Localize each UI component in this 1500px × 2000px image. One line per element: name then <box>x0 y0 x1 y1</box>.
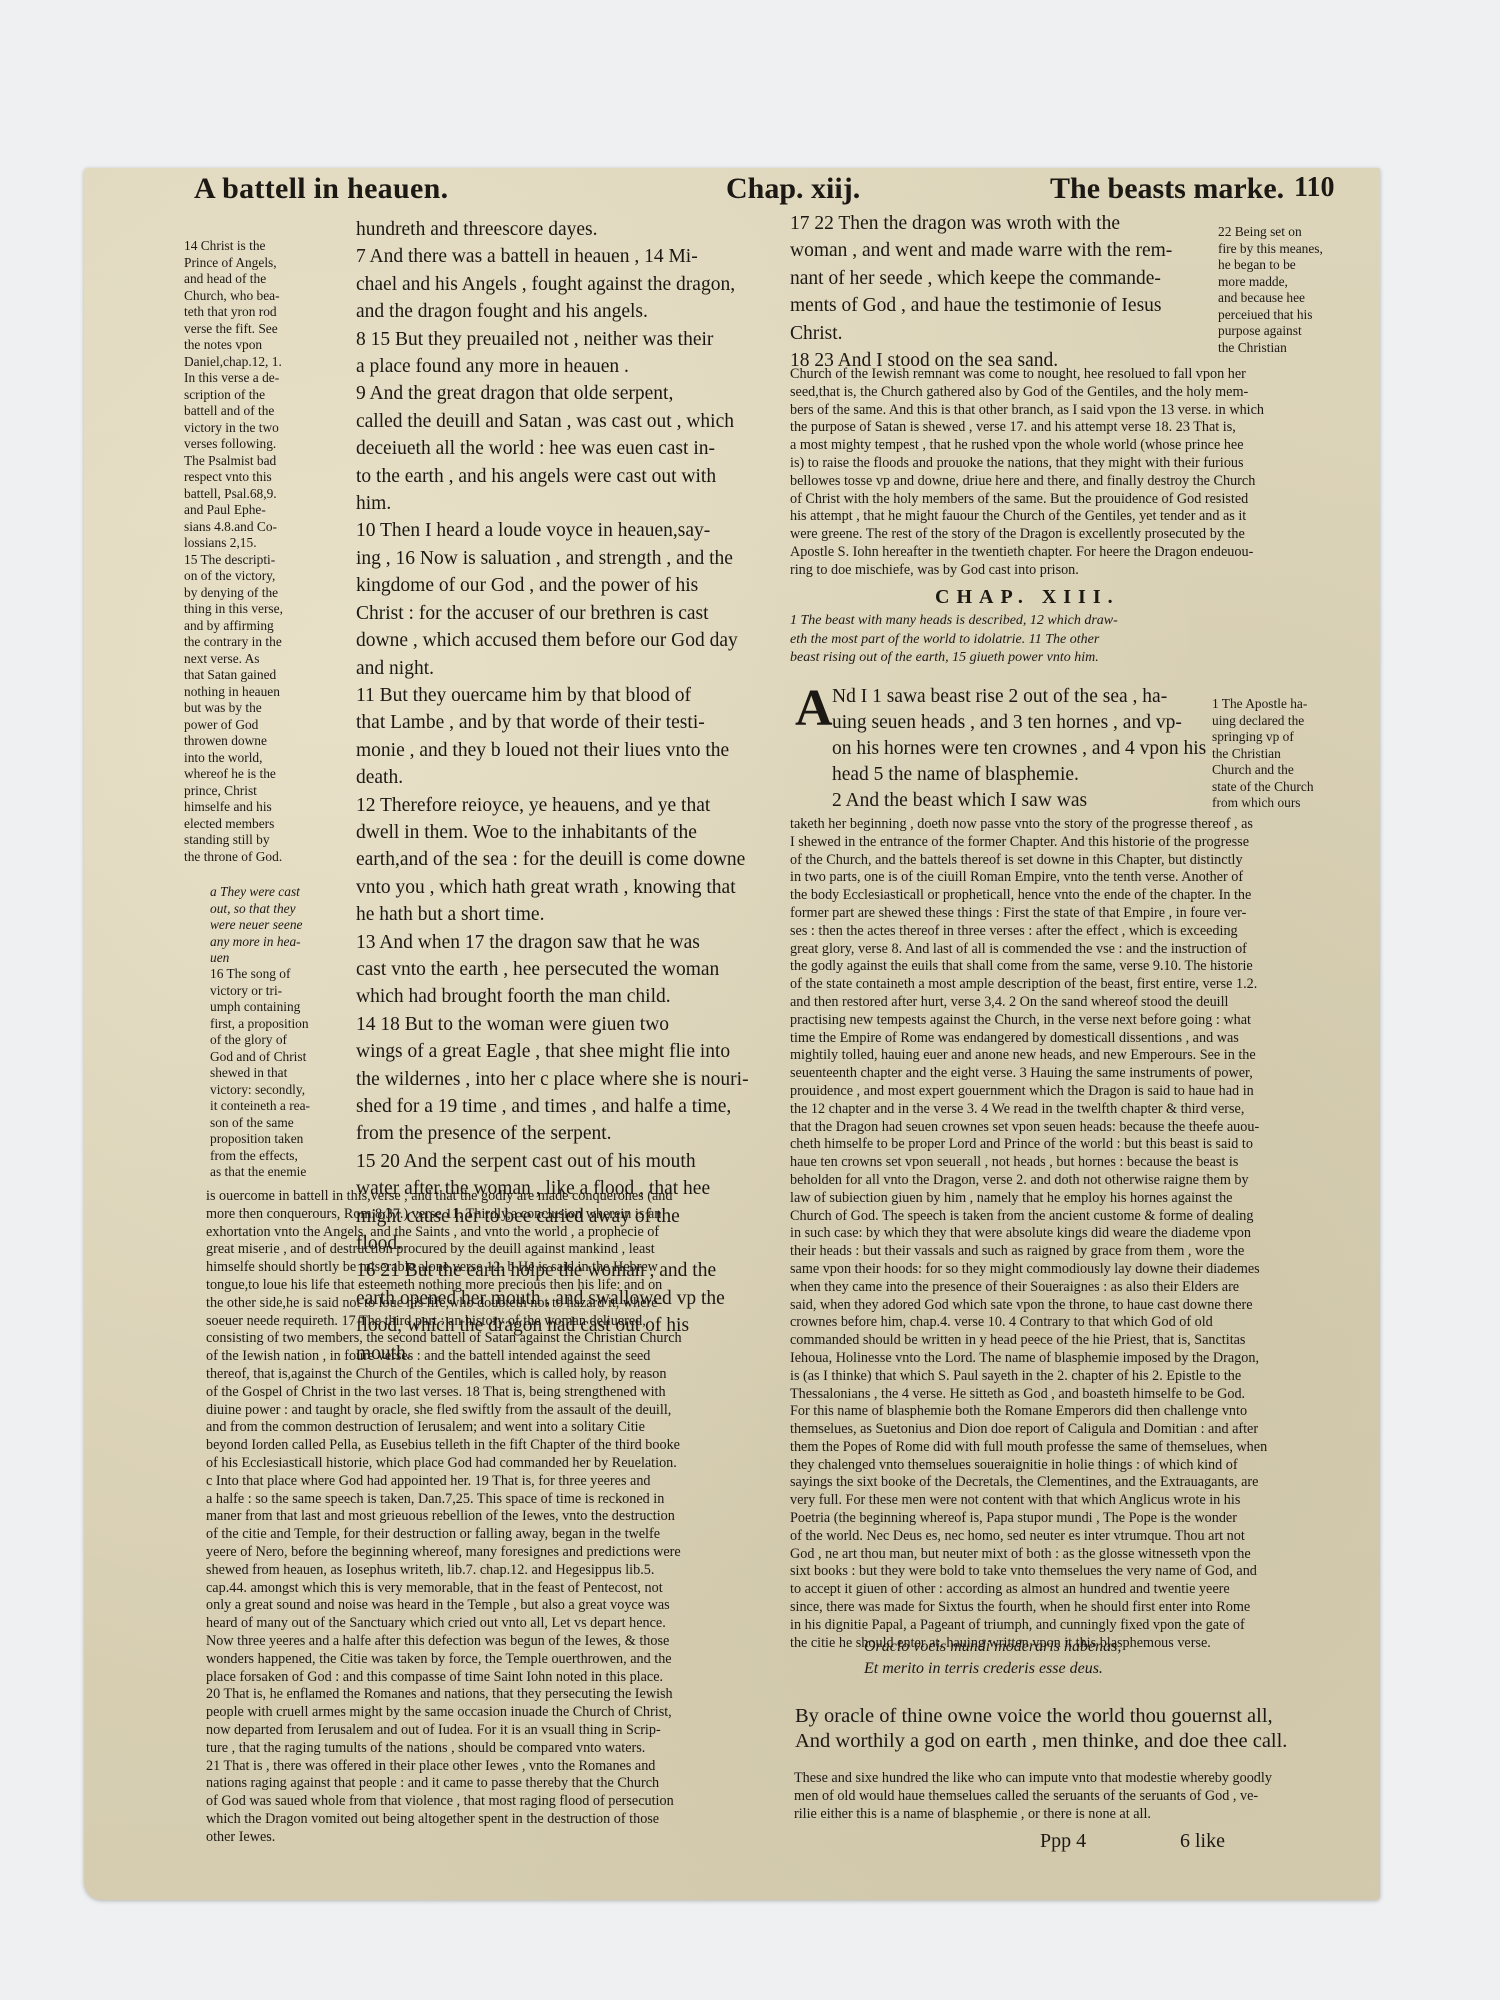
right-commentary-top: Church of the Iewish remnant was come to… <box>790 366 1364 580</box>
left-commentary: is ouercome in battell in this,verse , a… <box>206 1188 774 1846</box>
chapter-13-verse-1: Nd I 1 sawa beast rise 2 out of the sea … <box>832 684 1212 814</box>
margin-note-14-15: 14 Christ is the Prince of Angels, and h… <box>184 238 344 865</box>
english-verse: By oracle of thine owne voice the world … <box>795 1704 1287 1754</box>
chapter-argument: 1 The beast with many heads is described… <box>790 612 1220 668</box>
catchword: 6 like <box>1180 1830 1225 1853</box>
margin-note-16: 16 The song of victory or tri- umph cont… <box>210 966 350 1181</box>
page-number: 110 <box>1294 172 1334 204</box>
right-commentary-main: taketh her beginning , doeth now passe v… <box>790 816 1364 1652</box>
margin-note-1: 1 The Apostle ha- uing declared the spri… <box>1212 696 1362 812</box>
running-title-right: The beasts marke. <box>1050 172 1284 206</box>
drop-cap: A <box>795 683 833 735</box>
running-title-chapter: Chap. xiij. <box>726 172 860 206</box>
running-title-left: A battell in heauen. <box>194 172 448 206</box>
margin-note-a: a They were cast out, so that they were … <box>210 884 340 967</box>
closing-commentary: These and sixe hundred the like who can … <box>794 1770 1368 1823</box>
latin-verse: Oraclo vocis mundi moderaris habenas, Et… <box>864 1636 1121 1680</box>
chapter-title: CHAP. XIII. <box>935 586 1120 609</box>
margin-note-22: 22 Being set on fire by this meanes, he … <box>1218 224 1358 356</box>
signature-mark: Ppp 4 <box>1040 1830 1086 1853</box>
right-column-scripture-top: 17 22 Then the dragon was wroth with the… <box>790 210 1210 374</box>
